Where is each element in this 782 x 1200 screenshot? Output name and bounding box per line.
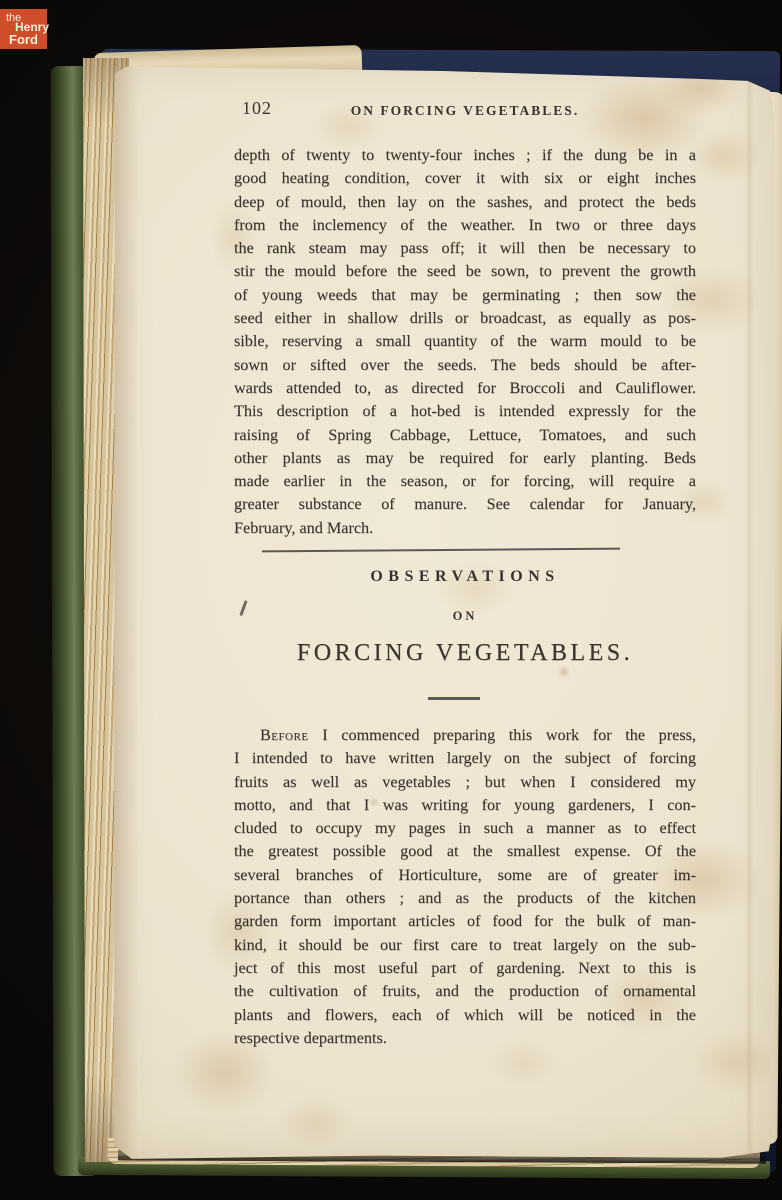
first-line-rest: I commenced preparing this work for the … (309, 726, 696, 744)
photo-backdrop: the Henry Ford 102 ON FORCING VEGETABLES… (0, 0, 782, 1200)
logo-word-ford: Ford (9, 33, 38, 46)
text-line: garden form important articles of food f… (234, 910, 696, 933)
text-line: the greatest possible good at the smalle… (234, 840, 696, 863)
text-line: deep of mould, then lay on the sashes, a… (234, 191, 696, 214)
paragraph-hotbed: depth of twenty to twenty-four inches ; … (234, 144, 696, 540)
text-line: greater substance of manure. See calenda… (234, 493, 696, 516)
paragraph-observations: Before I commenced preparing this work f… (234, 724, 696, 1050)
henry-ford-logo: the Henry Ford (0, 9, 47, 49)
text-line: plants and flowers, each of which will b… (234, 1004, 696, 1027)
section-heading-observations: OBSERVATIONS (234, 568, 696, 586)
running-head: ON FORCING VEGETABLES. (234, 103, 696, 119)
text-line: from the inclemency of the weather. In t… (234, 214, 696, 237)
text-line: This description of a hot-bed is intende… (234, 400, 696, 423)
text-line: stir the mould before the seed be sown, … (234, 260, 696, 283)
text-line: of young weeds that may be germinating ;… (234, 284, 696, 307)
section-heading-on: ON (234, 609, 696, 624)
text-line: other plants as may be required for earl… (234, 447, 696, 470)
text-line: cluded to occupy my pages in such a mann… (234, 817, 696, 840)
text-line: fruits as well as vegetables ; but when … (234, 771, 696, 794)
book-page: 102 ON FORCING VEGETABLES. depth of twen… (112, 60, 774, 1160)
text-line: depth of twenty to twenty-four inches ; … (234, 144, 696, 167)
heading-divider-rule (428, 697, 480, 700)
text-line: Before I commenced preparing this work f… (234, 724, 696, 747)
text-line: good heating condition, cover it with si… (234, 167, 696, 190)
text-line: sown or sifted over the seeds. The beds … (234, 354, 696, 377)
text-line: the rank steam may pass off; it will the… (234, 237, 696, 260)
lead-word: Before (260, 726, 309, 744)
text-line: portance than others ; and as the produc… (234, 887, 696, 910)
section-divider-rule (262, 548, 620, 553)
text-line: raising of Spring Cabbage, Lettuce, Toma… (234, 424, 696, 447)
text-line: ject of this most useful part of gardeni… (234, 957, 696, 980)
text-line: kind, it should be our first care to tre… (234, 934, 696, 957)
text-line: February, and March. (234, 517, 696, 540)
text-line: sible, reserving a small quantity of the… (234, 330, 696, 353)
text-line: respective departments. (234, 1027, 696, 1050)
text-line: several branches of Horticulture, some a… (234, 864, 696, 887)
text-line: made earlier in the season, or for forci… (234, 470, 696, 493)
text-line: wards attended to, as directed for Brocc… (234, 377, 696, 400)
section-heading-title: FORCING VEGETABLES. (234, 640, 696, 667)
text-line: motto, and that I was writing for young … (234, 794, 696, 817)
text-line: the cultivation of fruits, and the produ… (234, 980, 696, 1003)
text-line: seed either in shallow drills or broadca… (234, 307, 696, 330)
text-line: I intended to have written largely on th… (234, 747, 696, 770)
